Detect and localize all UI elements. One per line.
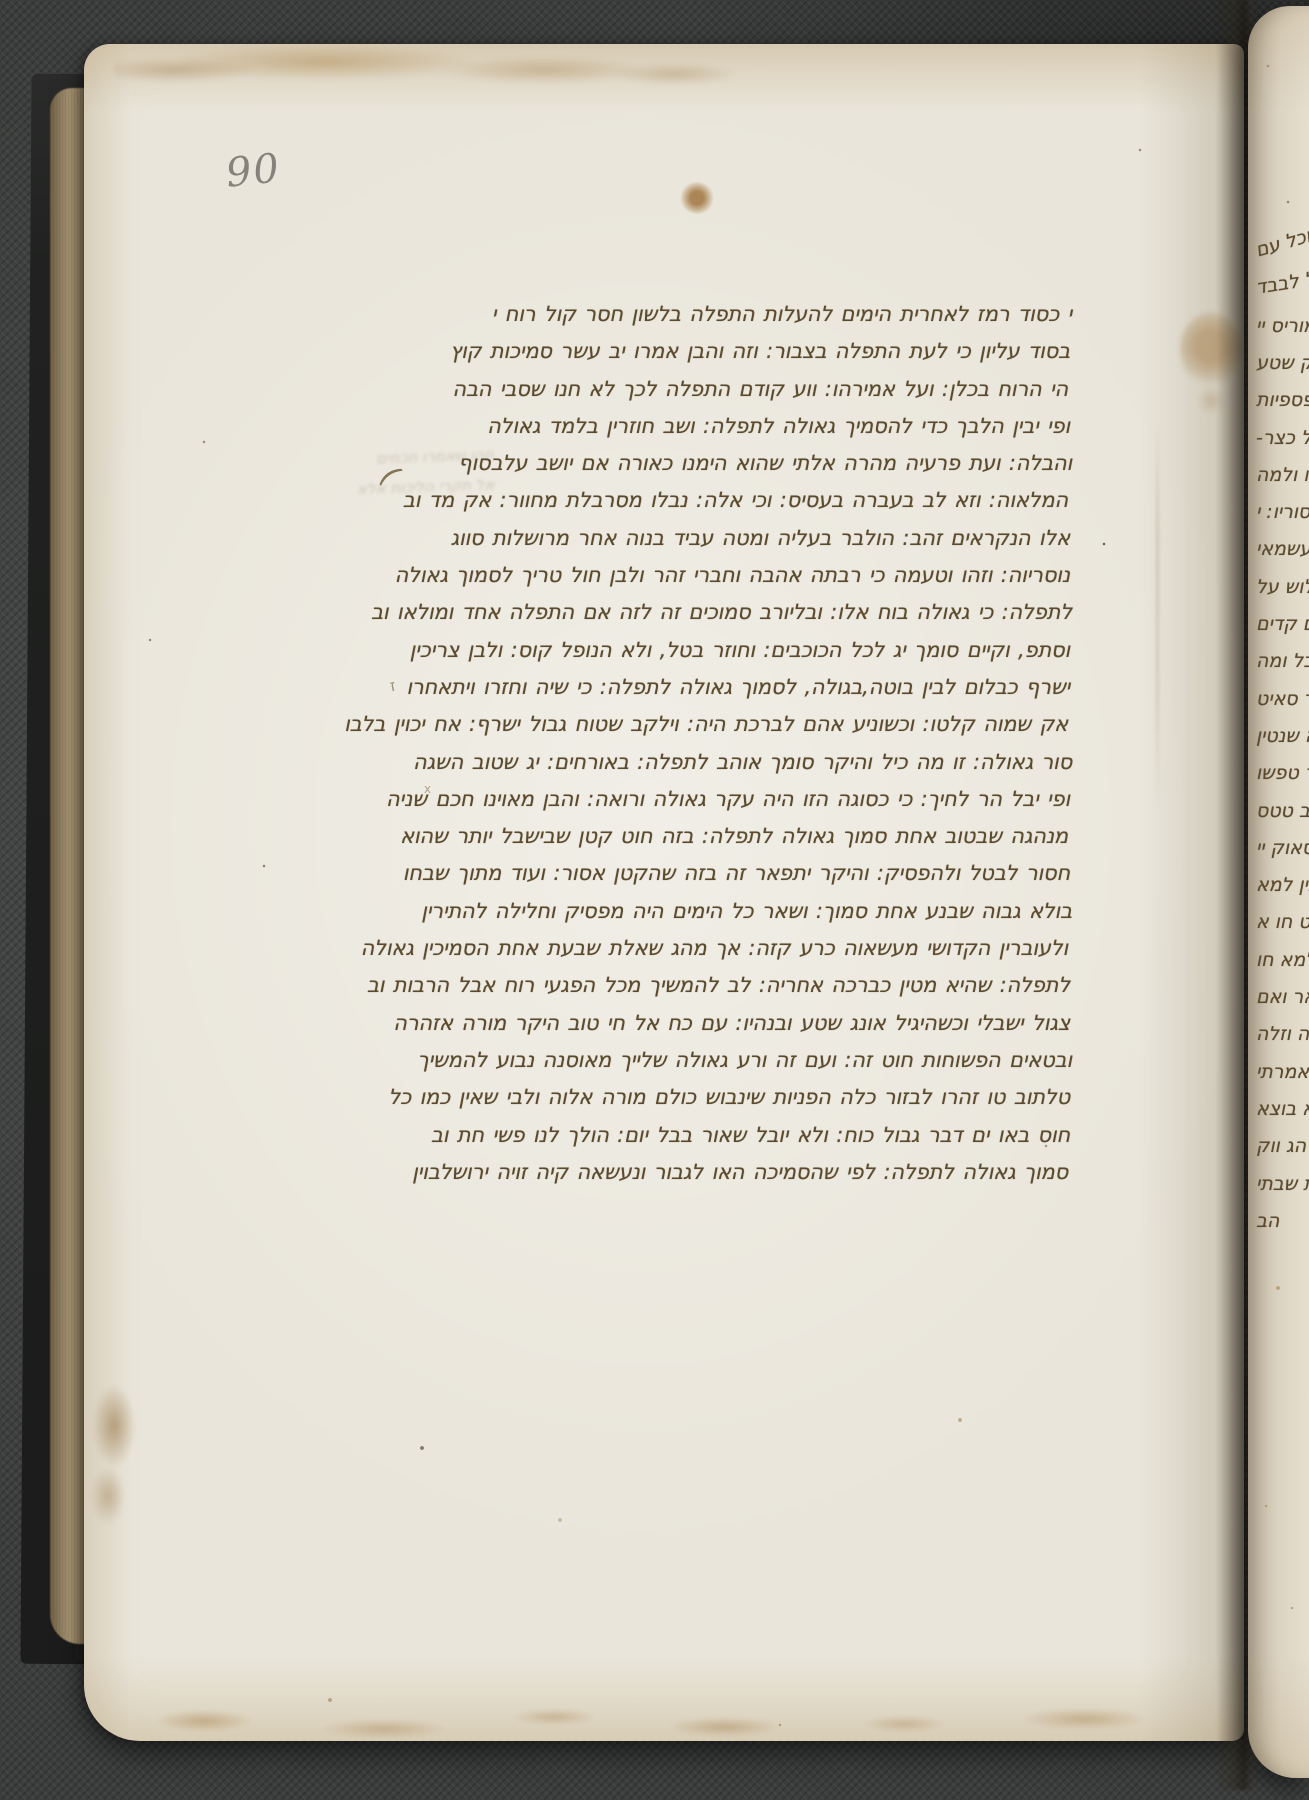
- facing-text-fragment: מר טפשו: [1256, 762, 1309, 784]
- facing-text-fragment: הג ווק: [1256, 1135, 1306, 1157]
- facing-text-fragment: ות שבתי: [1256, 1173, 1309, 1195]
- facing-text-fragment: אמסוריו: י: [1256, 501, 1309, 523]
- manuscript-text-line: ופי יבל הר לחיך: כי כסוגה הזו היה עקר גא…: [418, 781, 1070, 818]
- manuscript-text-line: חוס באו ים דבר גבול כוח: ולא יובל שאור ב…: [418, 1117, 1070, 1154]
- facing-text-fragment: מוריס יי: [1256, 315, 1309, 337]
- main-text-block: י כסוד רמז לאחרית הימים להעלות התפלה בלש…: [418, 296, 1070, 1191]
- facing-text-fragment: הב: [1256, 1210, 1279, 1232]
- manuscript-text-line: ופי יבין הלבך כדי להסמיך גאולה לתפלה: וש…: [418, 408, 1070, 445]
- manuscript-page: 90 וזהו שאמרו חכמים אל תקרי הליכות אלא י…: [84, 44, 1244, 1741]
- manuscript-text-line: חסור לבטל ולהפסיק: והיקר יתפאר זה בזה שה…: [418, 855, 1070, 892]
- manuscript-text-line: סור גאולה: זו מה כיל והיקר סומך אוהב לתפ…: [420, 744, 1072, 781]
- facing-page: מוכל עםאחל לבבדמוריס יישרוק שטעהפספיותבל…: [1248, 6, 1309, 1778]
- facing-text-fragment: מא בוצא: [1256, 1098, 1309, 1120]
- facing-text-fragment: שרוק שטע: [1256, 352, 1309, 374]
- manuscript-text-line: לתפלה: כי גאולה בוח אלו: ובליורב סמוכים …: [420, 594, 1072, 631]
- facing-text-fragment: באר סאיט: [1256, 688, 1309, 710]
- manuscript-text-line: י כסוד רמז לאחרית הימים להעלות התפלה בלש…: [420, 296, 1072, 333]
- facing-text-fragment: לים קדים: [1256, 613, 1309, 635]
- manuscript-text-line: טלתוב טו זהרו לבזור כלה הפניות שינבוש כו…: [418, 1079, 1070, 1116]
- facing-text-fragment: הסאוק יי: [1256, 837, 1309, 859]
- manuscript-text-line: אק שמוה קלטו: וכשוניע אהם לברכת היה: ויל…: [416, 706, 1068, 743]
- facing-text-fragment: שבל ומה: [1256, 650, 1309, 672]
- manuscript-text-line: המלאוה: וזא לב בעברה בעסיס: וכי אלה: נבל…: [416, 482, 1068, 519]
- manuscript-text-line: ולעוברין הקדושי מעשאוה כרע קזה: אך מהג ש…: [416, 930, 1068, 967]
- facing-text-fragment: בל כצר-: [1256, 427, 1309, 449]
- manuscript-text-line: בסוד עליון כי לעת התפלה בצבור: וזה והבן …: [418, 333, 1070, 370]
- manuscript-text-line: צגול ישבלי וכשהיגיל אונג שטע ובנהיו: עם …: [418, 1005, 1070, 1042]
- manuscript-text-line: ובטאים הפשוחות חוט זה: ועם זה ורע גאולה …: [420, 1042, 1072, 1079]
- facing-text-fragment: בוצבין למא: [1256, 874, 1309, 896]
- facing-text-fragment: ד שלוש על: [1256, 576, 1309, 598]
- margin-x-mark: x: [424, 782, 431, 796]
- manuscript-text-line: מנהגה שבטוב אחת סמוך גאולה לתפלה: בזה חו…: [416, 818, 1068, 855]
- folio-number: 90: [224, 145, 283, 196]
- manuscript-text-line: ישרף כבלום לבין בוטה,בגולה, לסמוך גאולה …: [418, 669, 1070, 706]
- facing-text-fragment: שוב טטס: [1256, 800, 1309, 822]
- photo-backdrop: 90 וזהו שאמרו חכמים אל תקרי הליכות אלא י…: [0, 0, 1309, 1800]
- manuscript-text-line: והבלה: ועת פרעיה מהרה אלתי שהוא הימנו כא…: [420, 445, 1072, 482]
- manuscript-text-line: לתפלה: שהיא מטין כברכה אחריה: לב להמשיך …: [418, 967, 1070, 1004]
- facing-text-fragment: בלה שנטין: [1256, 725, 1309, 747]
- facing-text-fragment: וש עשמאי: [1256, 538, 1309, 560]
- facing-text-fragment: בו ולמה: [1256, 464, 1309, 486]
- facing-text-fragment: וכשלמא חו: [1256, 949, 1309, 971]
- facing-text-fragment: ין אמרתי: [1256, 1061, 1309, 1083]
- facing-text-fragment: הפספיות: [1256, 389, 1309, 411]
- manuscript-text-line: הי הרוח בכלן: ועל אמירהו: ווע קודם התפלה…: [416, 371, 1068, 408]
- facing-text-fragment: קויט חו א: [1256, 911, 1309, 933]
- manuscript-text-line: וסתפ, וקיים סומך יג לכל הכוכבים: וחוזר ב…: [418, 632, 1070, 669]
- manuscript-text-line: נוסריוה: וזהו וטעמה כי רבתה אהבה וחברי ז…: [418, 557, 1070, 594]
- facing-text-fragment: באר ואם: [1256, 986, 1309, 1008]
- manuscript-text-line: אלו הנקראים זהב: הולבר בעליה ומטה עביד ב…: [418, 520, 1070, 557]
- facing-text-fragment: ליה וזלה: [1256, 1023, 1309, 1045]
- manuscript-text-line: סמוך גאולה לתפלה: לפי שהסמיכה האו לגבור …: [416, 1154, 1068, 1191]
- manuscript-text-line: בולא גבוה שבנע אחת סמוך: ושאר כל הימים ה…: [420, 893, 1072, 930]
- paper-crease: [1156, 424, 1159, 804]
